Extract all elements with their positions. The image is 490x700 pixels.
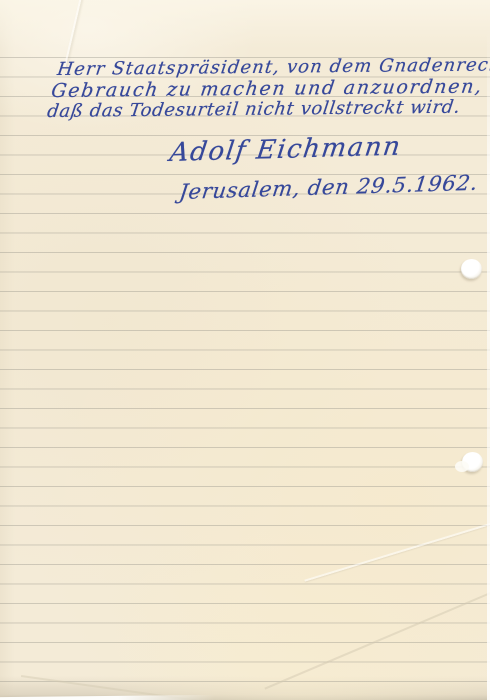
hole-punch-bottom: [462, 452, 483, 472]
dateline: Jerusalem, den 29.5.1962.: [178, 171, 480, 204]
page-edge-bottom: [0, 695, 215, 700]
paper-crease-bottom-left: [21, 675, 249, 700]
paper-crease-bottom-right-1: [264, 582, 490, 689]
handwriting-line-3: daß das Todesurteil nicht vollstreckt wi…: [46, 97, 462, 122]
hole-punch-top: [461, 259, 482, 279]
signature: Adolf Eichmann: [168, 132, 403, 168]
paper-crease-bottom-right-2: [304, 518, 490, 581]
letter-page: Herr Staatspräsident, von dem Gnadenrech…: [0, 0, 490, 700]
